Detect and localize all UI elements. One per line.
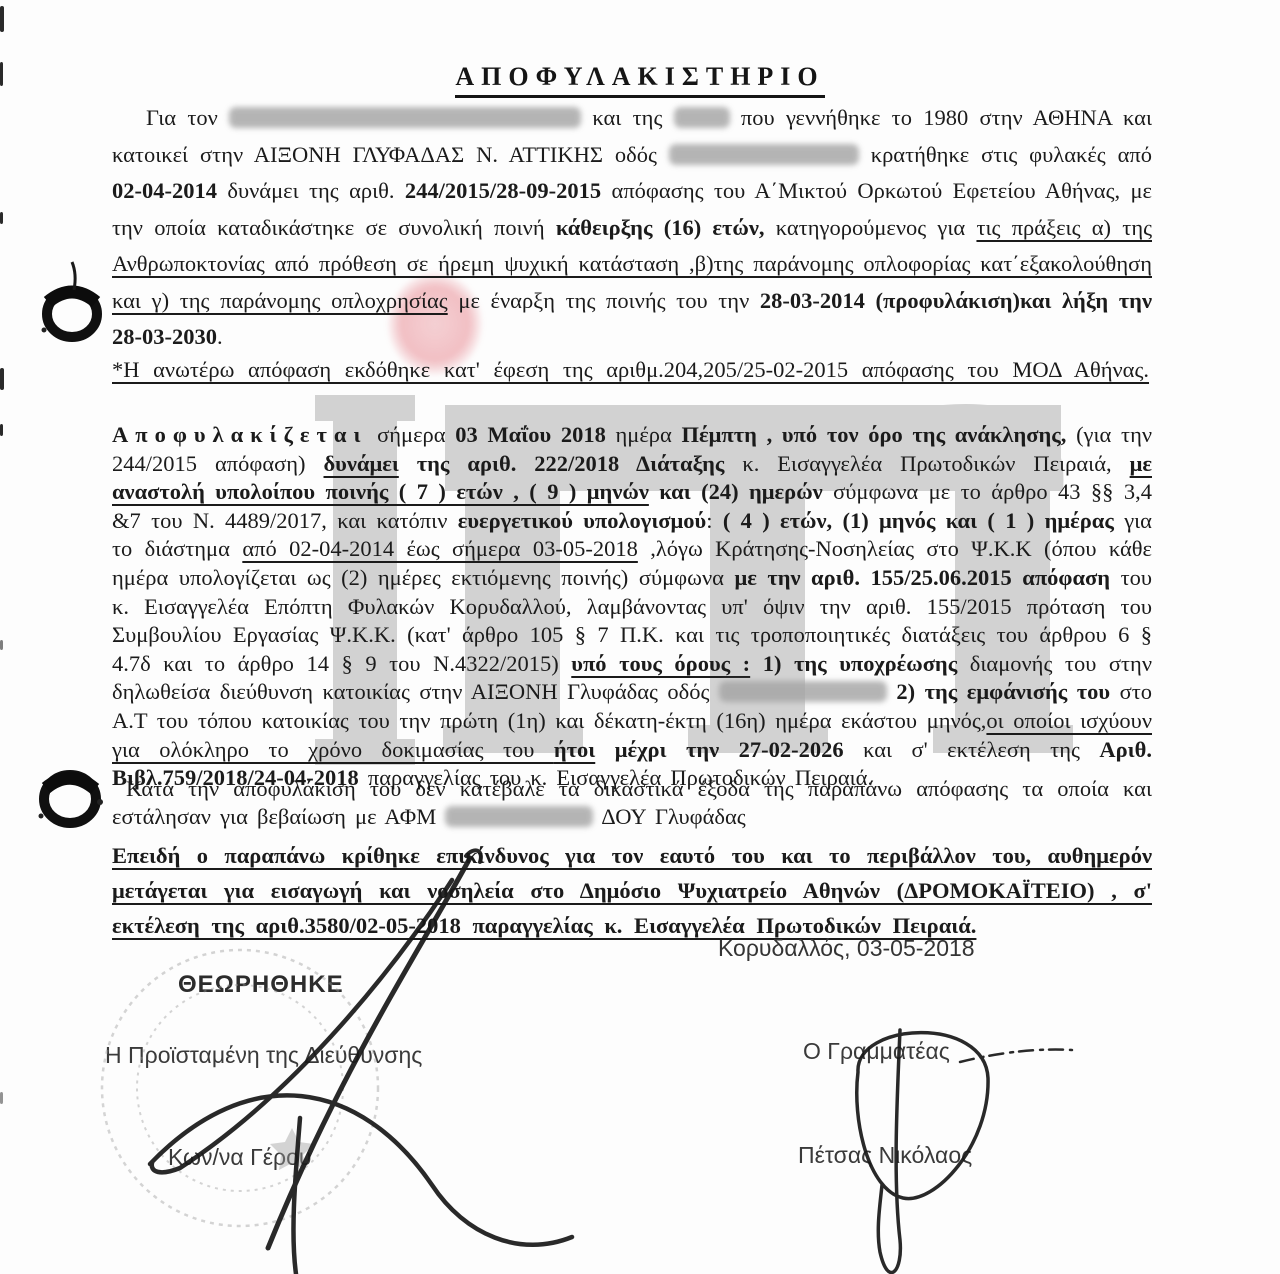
text-segment: 1) της υποχρέωσης (763, 651, 957, 676)
text-segment: της αριθ. 222/2018 Διάταξης (399, 451, 725, 476)
text-segment: 2) της εμφάνισής του (896, 679, 1110, 704)
text-segment: από 02-04-2014 έως σήμερα 03-05-2018 (242, 536, 638, 561)
text-segment: και (24) ημερών (649, 479, 823, 504)
text-segment: Αποφυλακίζεται (112, 422, 367, 447)
ink-blob-bottom (39, 775, 104, 823)
text-segment: ημέρα (606, 422, 682, 447)
text-segment: και της (581, 105, 674, 130)
text-segment: Επειδή ο παραπάνω κρίθηκε επικίνδυνος γι… (112, 843, 1152, 938)
text-segment: 03 Μαΐου 2018 (455, 422, 606, 447)
redaction-blur (445, 806, 593, 827)
text-segment (750, 651, 763, 676)
text-segment: κ. Εισαγγελέα Πρωτοδικών Πειραιά, (724, 451, 1129, 476)
right-signatory-role: Ο Γραμματέας (803, 1038, 950, 1065)
document-title: ΑΠΟΦΥΛΑΚΙΣΤΗΡΙΟ (455, 62, 824, 98)
place-date: Κορυδαλλός, 03-05-2018 (718, 935, 975, 962)
text-segment: κατηγορούμενος για (765, 215, 977, 240)
text-segment: Για τον (146, 105, 229, 130)
paragraph-p4: Κατά την αποφυλάκισή του δεν κατέβαλε τα… (112, 775, 1152, 831)
left-signatory-name: Κων/να Γέρου (168, 1144, 311, 1171)
left-signatory-role: Η Προϊσταμένη της Διεύθυνσης (105, 1042, 422, 1069)
title-row: ΑΠΟΦΥΛΑΚΙΣΤΗΡΙΟ (0, 62, 1280, 98)
text-segment: : (706, 508, 723, 533)
text-segment: μέχρι την 27-02-2026 (615, 737, 844, 762)
text-segment: κάθειρξης (16) ετών, (556, 215, 765, 240)
text-segment: δυνάμει της αριθ. (217, 178, 405, 203)
text-segment: 02-04-2014 (112, 178, 217, 203)
text-segment: ευεργετικού υπολογισμού (458, 508, 707, 533)
ink-blob-top (42, 262, 98, 337)
paragraph-p3: Αποφυλακίζεται σήμερα 03 Μαΐου 2018 ημέρ… (112, 421, 1152, 793)
text-segment: ( 4 ) ετών, (1) μηνός και ( 1 ) ημέρας (723, 508, 1114, 533)
text-segment: με έναρξη της ποινής του την (448, 288, 760, 313)
paragraph-p1: Για τον και της που γεννήθηκε το 1980 στ… (112, 100, 1152, 356)
text-segment (595, 737, 614, 762)
text-segment: κρατήθηκε στις φυλακές από (859, 142, 1152, 167)
text-segment: και σ' εκτέλεση της (844, 737, 1100, 762)
scan-edge-marks (0, 6, 4, 1104)
text-segment: σήμερα (367, 422, 455, 447)
paragraph-p2: *Η ανωτέρω απόφαση εκδόθηκε κατ' έφεση τ… (112, 353, 1152, 386)
document-page: ΑΠΟΦΥΛΑΚΙΣΤΗΡΙΟ Για τον και της που γενν… (0, 0, 1280, 1274)
text-segment: *Η ανωτέρω απόφαση εκδόθηκε κατ' έφεση τ… (112, 357, 1149, 382)
redaction-blur (719, 681, 887, 702)
approved-stamp-text: ΘΕΩΡΗΘΗΚΕ (178, 971, 344, 999)
text-segment: ΔΟΥ Γλυφάδας (593, 804, 745, 829)
text-segment: δυνάμει (324, 451, 399, 476)
text-segment: 244/2015/28-09-2015 (405, 178, 601, 203)
paragraph-p5: Επειδή ο παραπάνω κρίθηκε επικίνδυνος γι… (112, 838, 1152, 943)
text-segment: με την αριθ. 155/25.06.2015 απόφαση (734, 565, 1110, 590)
text-segment: Πέμπτη , υπό τον όρο της ανάκλησης, (682, 422, 1067, 447)
redaction-blur (229, 107, 581, 128)
text-segment: ήτοι (554, 737, 595, 762)
text-segment: . (217, 324, 223, 349)
text-segment (887, 679, 897, 704)
text-segment: υπό τους όρους : (571, 651, 750, 676)
right-signatory-name: Πέτσας Νικόλαος (798, 1142, 972, 1169)
redaction-blur (669, 144, 859, 165)
redaction-blur (674, 107, 730, 128)
